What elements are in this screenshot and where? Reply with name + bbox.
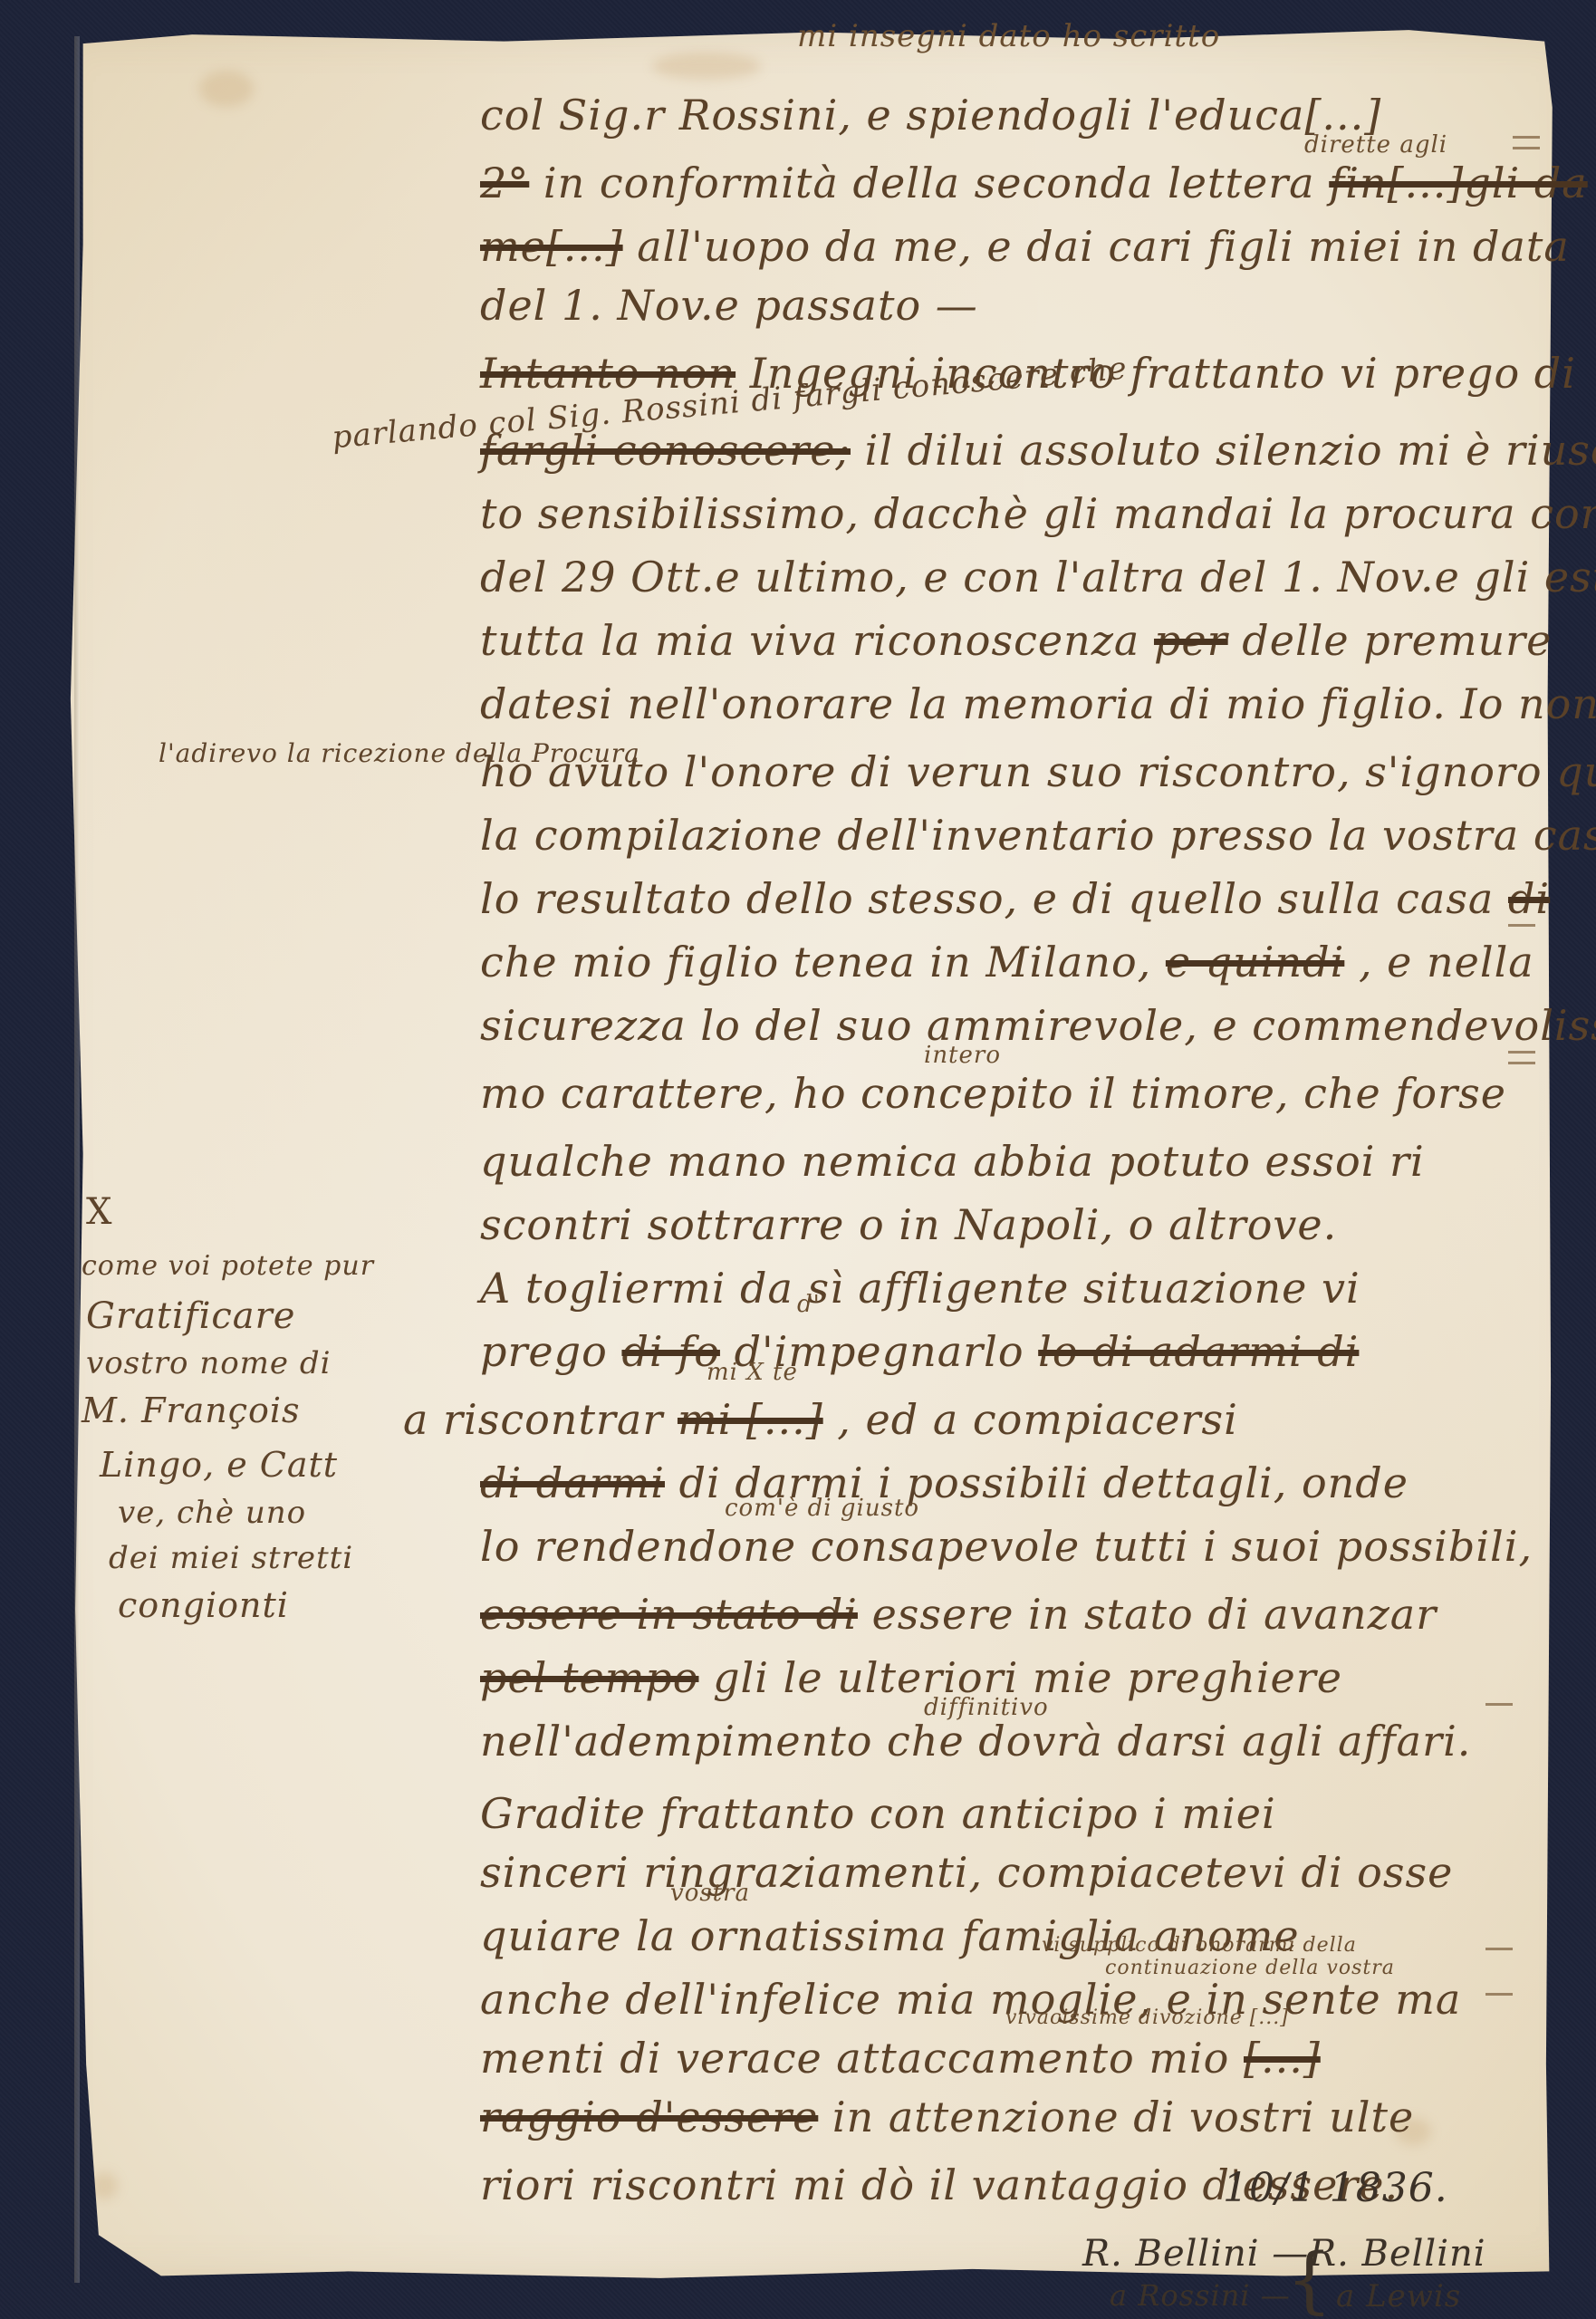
manuscript-line: A togliermi da sì affligente situazione …	[480, 1264, 1360, 1313]
manuscript-line: qualche mano nemica abbia potuto essoi r…	[480, 1137, 1425, 1186]
interlinear-insertion: vi supplico di onorarmi della	[1042, 1934, 1357, 1957]
margin-block-line: dei miei stretti	[109, 1540, 353, 1576]
margin-ruling-mark	[1508, 1062, 1535, 1064]
margin-block-line: vostro nome di	[86, 1345, 332, 1381]
manuscript-line: del 29 Ott.e ultimo, e con l'altra del 1…	[480, 553, 1596, 601]
archival-recipient: a Lewis	[1336, 2278, 1461, 2314]
margin-block-line: congionti	[118, 1585, 289, 1625]
manuscript-line: di darmi di darmi i possibili dettagli, …	[480, 1458, 1409, 1507]
interlinear-insertion: vostra	[670, 1880, 750, 1907]
manuscript-line: datesi nell'onorare la memoria di mio fi…	[480, 679, 1596, 728]
manuscript-line: mo carattere, ho concepito il timore, ch…	[480, 1069, 1506, 1118]
manuscript-line: fargli conoscere; il dilui assoluto sile…	[480, 426, 1596, 475]
manuscript-line: che mio figlio tenea in Milano, e quindi…	[480, 938, 1534, 986]
margin-cross-mark: X	[86, 1191, 112, 1233]
margin-block-line: ve, chè uno	[118, 1495, 306, 1531]
manuscript-line: la compilazione dell'inventario presso l…	[480, 811, 1596, 860]
manuscript-line: nell'adempimento che dovrà darsi agli af…	[480, 1717, 1471, 1766]
paper-fold-edge	[74, 36, 80, 2283]
manuscript-line: me[...] all'uopo da me, e dai cari figli…	[480, 222, 1570, 271]
archival-recipient: a Rossini —	[1110, 2278, 1291, 2313]
archival-sender: R. Bellini	[1309, 2233, 1486, 2275]
margin-block-line: come voi potete pur	[82, 1250, 374, 1282]
paper-stain	[199, 71, 254, 107]
manuscript-line: del 1. Nov.e passato —	[480, 281, 978, 330]
manuscript-line: Gradite frattanto con anticipo i miei	[480, 1789, 1276, 1838]
manuscript-line: anche dell'infelice mia moglie, e in sen…	[480, 1975, 1461, 2024]
manuscript-line: a riscontrar mi [...] , ed a compiacersi	[403, 1395, 1238, 1444]
interlinear-insertion: vivacissime divozione [...]	[1005, 2006, 1289, 2029]
paper-stain	[652, 53, 761, 80]
closing-line: raggio d'essere in attenzione di vostri …	[480, 2093, 1414, 2141]
manuscript-line: scontri sottrarre o in Napoli, o altrove…	[480, 1200, 1337, 1249]
interlinear-insertion: com'è di giusto	[725, 1495, 919, 1522]
margin-ruling-mark	[1513, 147, 1540, 149]
manuscript-line: 2° in conformità della seconda lettera f…	[480, 159, 1588, 207]
manuscript-line: lo resultato dello stesso, e di quello s…	[480, 874, 1550, 923]
manuscript-line: essere in stato di essere in stato di av…	[480, 1590, 1437, 1639]
margin-ruling-mark	[1508, 1051, 1535, 1054]
interlinear-insertion: mi insegni dato ho scritto	[797, 18, 1220, 54]
interlinear-insertion: mi X te	[707, 1359, 798, 1386]
manuscript-line: sicurezza lo del suo ammirevole, e comme…	[480, 1001, 1596, 1050]
manuscript-line: ho avuto l'onore di verun suo riscontro,…	[480, 747, 1596, 796]
margin-ruling-mark	[1508, 924, 1535, 927]
manuscript-line: lo rendendone consapevole tutti i suoi p…	[480, 1522, 1533, 1571]
archival-date: 10/1 1836.	[1223, 2165, 1448, 2211]
interlinear-insertion: intero	[924, 1042, 1001, 1069]
margin-block-line: Lingo, e Catt	[100, 1445, 338, 1485]
manuscript-line: col Sig.r Rossini, e spiendogli l'educa[…	[480, 91, 1381, 140]
margin-ruling-mark	[1485, 1703, 1513, 1706]
archival-sender: R. Bellini —	[1082, 2233, 1309, 2275]
margin-note: l'adirevo la ricezione della Procura	[159, 738, 640, 768]
interlinear-insertion: d'	[797, 1291, 821, 1318]
margin-ruling-mark	[1485, 1948, 1513, 1950]
manuscript-line: tutta la mia viva riconoscenza per delle…	[480, 616, 1552, 665]
margin-block-line: Gratificare	[86, 1295, 295, 1337]
margin-ruling-mark	[1485, 1993, 1513, 1996]
manuscript-line: to sensibilissimo, dacchè gli mandai la …	[480, 489, 1596, 538]
manuscript-line: menti di verace attaccamento mio [...]	[480, 2034, 1321, 2083]
manuscript-line: prego di fo d'impegnarlo lo di adarmi di	[480, 1327, 1359, 1376]
margin-ruling-mark	[1513, 136, 1540, 139]
manuscript-line: pel tempo gli le ulteriori mie preghiere	[480, 1653, 1342, 1702]
manuscript-line: sinceri ringraziamenti, compiacetevi di …	[480, 1848, 1453, 1897]
margin-block-line: M. François	[82, 1390, 301, 1430]
